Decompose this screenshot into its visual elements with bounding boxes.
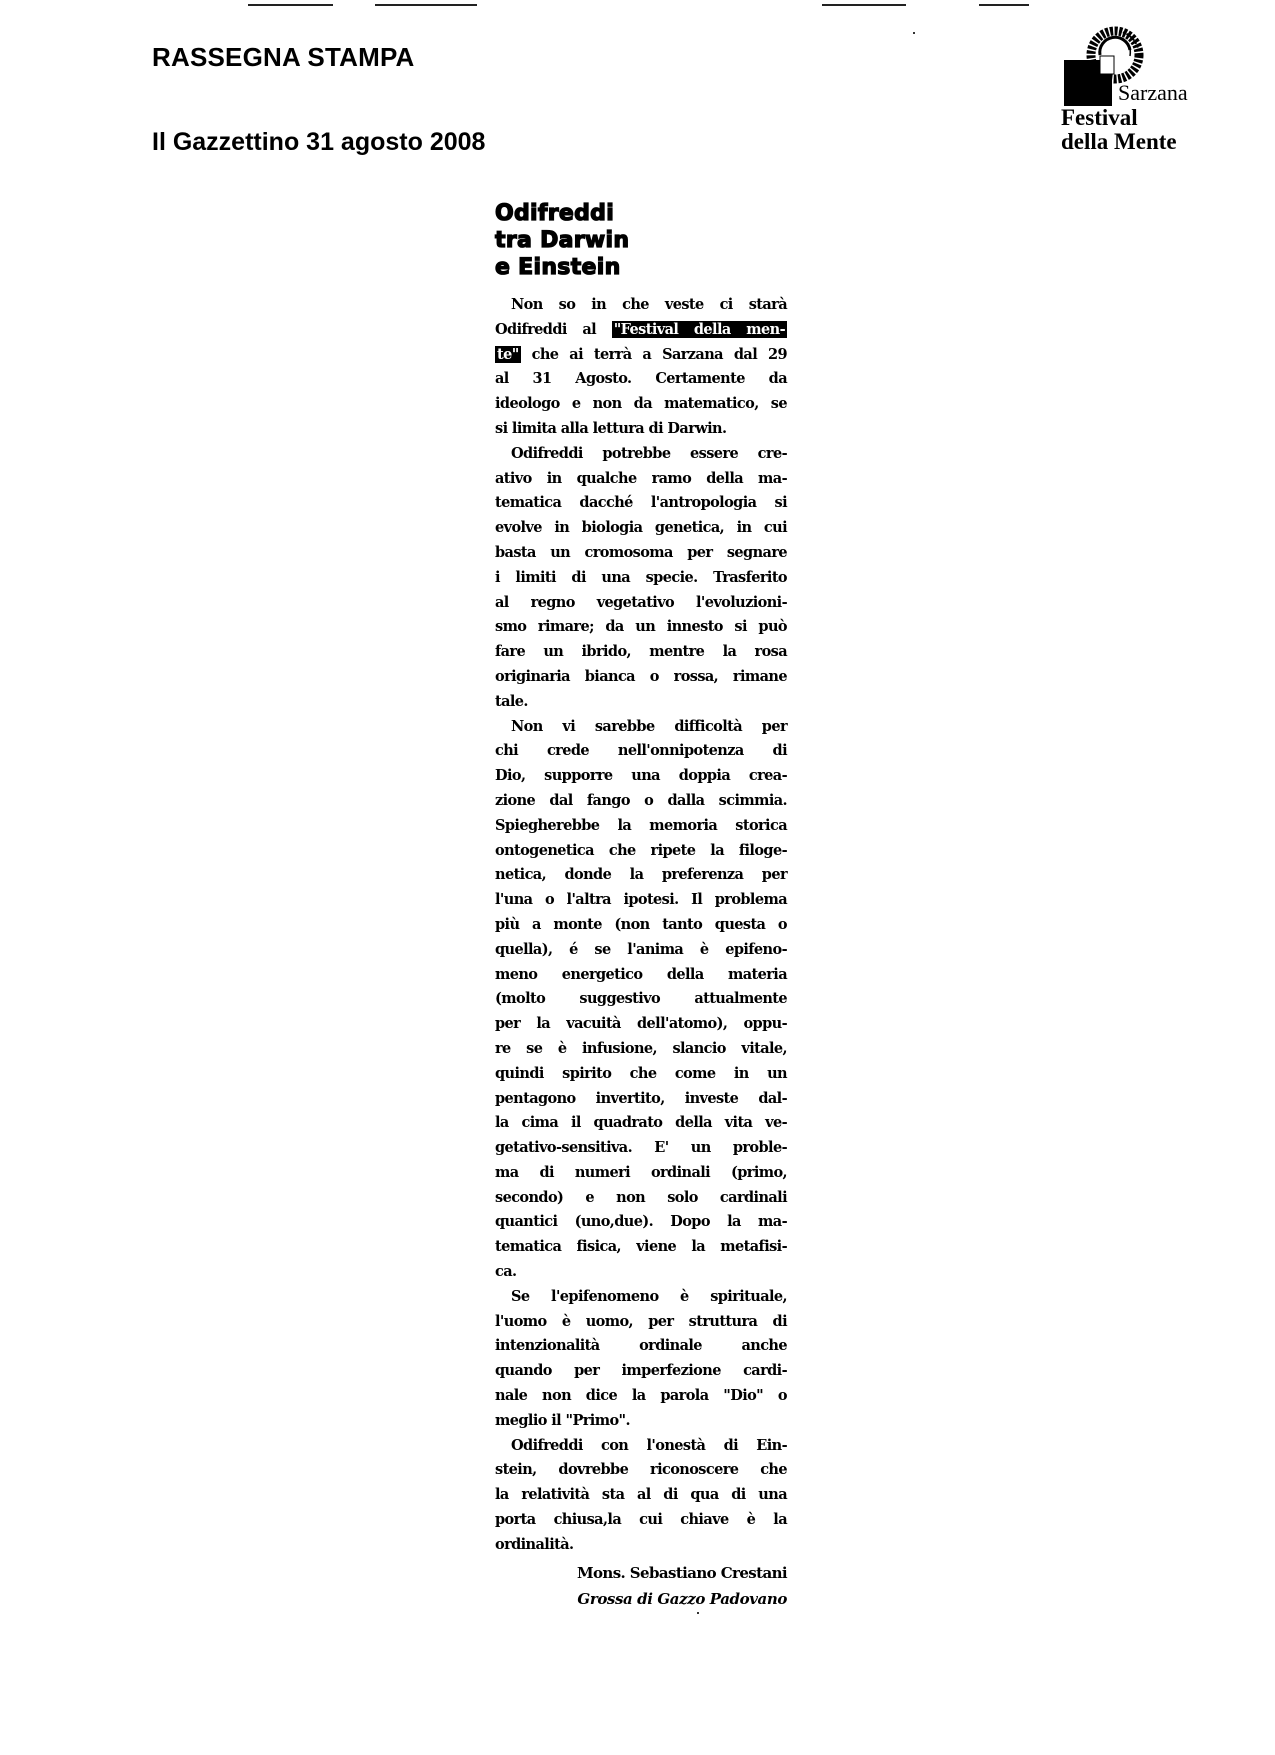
scan-speck: [697, 1612, 699, 1614]
text-line: nale non dice la parola "Dio" o: [495, 1384, 787, 1409]
text-line: originaria bianca o rossa, rimane: [495, 665, 787, 690]
text-line: la cima il quadrato della vita ve-: [495, 1111, 787, 1136]
text-line: zione dal fango o dalla scimmia.: [495, 789, 787, 814]
text-line: ideologo e non da matematico, se: [495, 392, 787, 417]
article-paragraph: Non so in che veste ci starà Odifreddi a…: [495, 293, 787, 442]
spiral-square-logo-icon: [1086, 26, 1144, 84]
text-fragment: che ai terrà a Sarzana dal 29: [532, 346, 787, 363]
scan-artifact-rule: [979, 4, 1029, 6]
text-line: per la vacuità dell'atomo), oppu-: [495, 1012, 787, 1037]
text-line: netica, donde la preferenza per: [495, 863, 787, 888]
scan-artifact-rule: [375, 4, 477, 6]
headline-line: Odifreddi: [495, 200, 787, 227]
article-paragraph: Non vi sarebbe difficoltà per chi crede …: [495, 715, 787, 1285]
author-name: Mons. Sebastiano Crestani: [495, 1560, 787, 1586]
text-line: quantici (uno,due). Dopo la ma-: [495, 1210, 787, 1235]
article-headline: Odifreddi tra Darwin e Einstein: [495, 200, 787, 281]
text-line: Se l'epifenomeno è spirituale,: [495, 1285, 787, 1310]
text-line: (molto suggestivo attualmente: [495, 987, 787, 1012]
text-fragment: Odifreddi al: [495, 321, 596, 338]
text-line: pentagono invertito, investe dal-: [495, 1087, 787, 1112]
text-line: smo rimare; da un innesto si può: [495, 615, 787, 640]
text-line: tematica dacché l'antropologia si: [495, 491, 787, 516]
article-paragraph: Odifreddi potrebbe essere cre- ativo in …: [495, 442, 787, 715]
text-line: quando per imperfezione cardi-: [495, 1359, 787, 1384]
festival-logo: Sarzana Festival della Mente: [1060, 24, 1260, 154]
text-line: Non so in che veste ci starà: [495, 293, 787, 318]
text-line: Non vi sarebbe difficoltà per: [495, 715, 787, 740]
headline-line: tra Darwin: [495, 227, 787, 254]
scan-artifact-rule: [822, 4, 906, 6]
text-line: re se è infusione, slancio vitale,: [495, 1037, 787, 1062]
text-line: ca.: [495, 1260, 787, 1285]
newspaper-source-date: Il Gazzettino 31 agosto 2008: [152, 128, 485, 157]
text-line: al 31 Agosto. Certamente da: [495, 367, 787, 392]
text-line: Odifreddi potrebbe essere cre-: [495, 442, 787, 467]
text-line: getativo-sensitiva. E' un proble-: [495, 1136, 787, 1161]
author-place: Grossa di Gazzo Padovano: [495, 1586, 787, 1612]
text-line: più a monte (non tanto questa o: [495, 913, 787, 938]
text-line: porta chiusa,la cui chiave è la: [495, 1508, 787, 1533]
logo-text-festival: Festival: [1061, 106, 1138, 129]
highlighted-festival-name: te": [495, 346, 521, 363]
logo-text-sarzana: Sarzana: [1118, 82, 1188, 104]
text-line: intenzionalità ordinale anche: [495, 1334, 787, 1359]
scan-artifact-rule: [248, 4, 333, 6]
text-line: ma di numeri ordinali (primo,: [495, 1161, 787, 1186]
text-line: meglio il "Primo".: [495, 1409, 787, 1434]
text-line: fare un ibrido, mentre la rosa: [495, 640, 787, 665]
text-line: stein, dovrebbe riconoscere che: [495, 1458, 787, 1483]
text-line: basta un cromosoma per segnare: [495, 541, 787, 566]
text-line: Dio, supporre una doppia crea-: [495, 764, 787, 789]
text-line: l'uomo è uomo, per struttura di: [495, 1310, 787, 1335]
text-line: secondo) e non solo cardinali: [495, 1186, 787, 1211]
highlighted-festival-name: "Festival della men-: [612, 321, 787, 338]
logo-text-della-mente: della Mente: [1061, 130, 1177, 153]
text-line: quindi spirito che come in un: [495, 1062, 787, 1087]
text-line: chi crede nell'onnipotenza di: [495, 739, 787, 764]
text-line: tematica fisica, viene la metafisi-: [495, 1235, 787, 1260]
text-line: ativo in qualche ramo della ma-: [495, 467, 787, 492]
text-line: tale.: [495, 690, 787, 715]
article-paragraph: Se l'epifenomeno è spirituale, l'uomo è …: [495, 1285, 787, 1434]
text-line: la relatività sta al di qua di una: [495, 1483, 787, 1508]
text-line: i limiti di una specie. Trasferito: [495, 566, 787, 591]
press-review-title: RASSEGNA STAMPA: [152, 42, 415, 73]
text-line: al regno vegetativo l'evoluzioni-: [495, 591, 787, 616]
newspaper-article: Odifreddi tra Darwin e Einstein Non so i…: [495, 200, 787, 1612]
text-line: Odifreddi al "Festival della men-: [495, 318, 787, 343]
text-line: meno energetico della materia: [495, 963, 787, 988]
headline-line: e Einstein: [495, 254, 787, 281]
text-line: evolve in biologia genetica, in cui: [495, 516, 787, 541]
text-line: ordinalità.: [495, 1533, 787, 1558]
text-line: quella), é se l'anima è epifeno-: [495, 938, 787, 963]
text-line: Odifreddi con l'onestà di Ein-: [495, 1434, 787, 1459]
scan-speck: [913, 32, 915, 34]
text-line: te" che ai terrà a Sarzana dal 29: [495, 343, 787, 368]
text-line: ontogenetica che ripete la filoge-: [495, 839, 787, 864]
article-paragraph: Odifreddi con l'onestà di Ein- stein, do…: [495, 1434, 787, 1558]
article-signature: Mons. Sebastiano Crestani Grossa di Gazz…: [495, 1560, 787, 1612]
text-line: l'una o l'altra ipotesi. Il problema: [495, 888, 787, 913]
text-line: Spiegherebbe la memoria storica: [495, 814, 787, 839]
text-line: si limita alla lettura di Darwin.: [495, 417, 787, 442]
